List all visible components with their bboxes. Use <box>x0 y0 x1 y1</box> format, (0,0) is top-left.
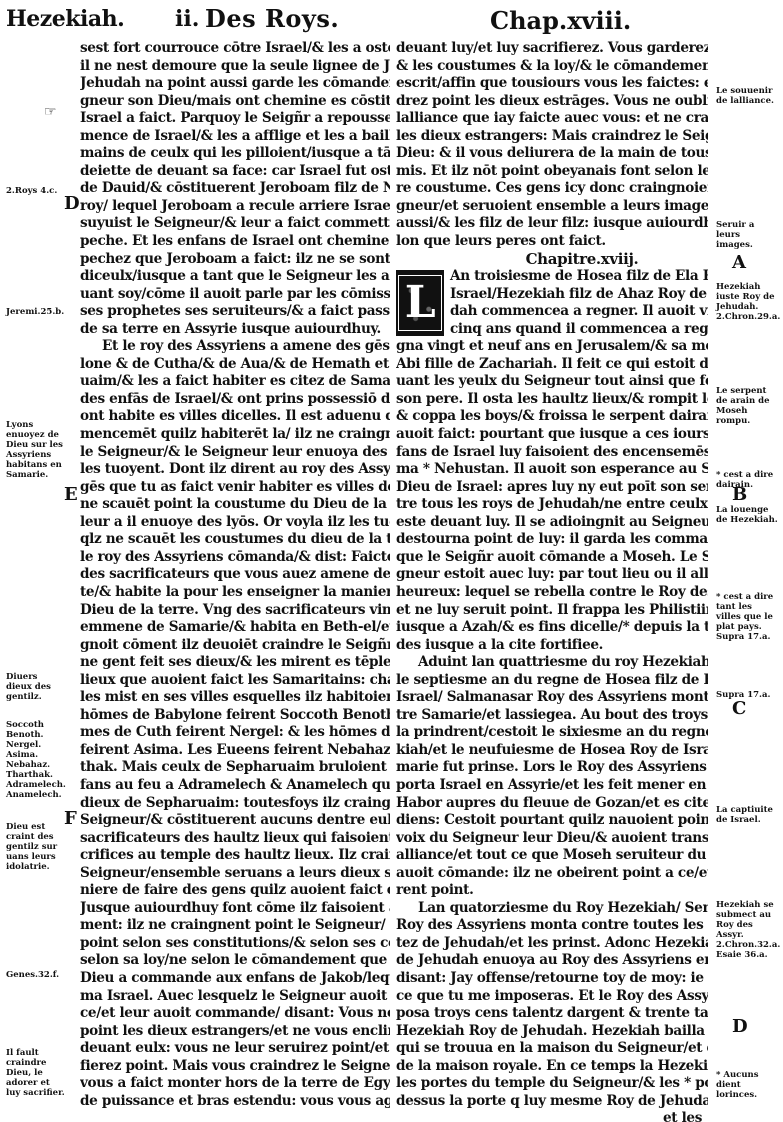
text-line: destourna point de luy: il garda les com… <box>396 531 708 549</box>
text-line: rent point. <box>396 882 708 900</box>
running-head-chapter: Chap.xviii. <box>490 6 631 35</box>
text-line: ma * Nehustan. Il auoit son esperance au… <box>396 461 708 479</box>
text-line: aussi/& les filz de leur filz: iusque au… <box>396 215 708 233</box>
text-line: Seigneur/& cōstituerent aucuns dentre eu… <box>80 812 390 830</box>
margin-note-right: Hezekiah se submect au Roy des Assyr. 2.… <box>716 900 778 960</box>
text-line: le Seigneur/& le Seigneur leur enuoya de… <box>80 444 390 462</box>
margin-note-right: La louenge de Hezekiah. <box>716 505 778 525</box>
text-line: Lan quatorziesme du Roy Hezekiah/ Sennah… <box>396 900 708 918</box>
text-line: mence de Israel/& les a afflige et les a… <box>80 128 390 146</box>
text-line: son pere. Il osta les haultz lieux/& rom… <box>396 391 708 409</box>
right-column: deuant luy/et luy sacrifierez. Vous gard… <box>396 40 708 1122</box>
text-line: le septiesme an du regne de Hosea filz d… <box>396 672 708 690</box>
margin-note-right: Supra 17.a. <box>716 690 778 700</box>
text-line: des sacrificateurs que vous auez amene d… <box>80 566 390 584</box>
section-marker-letter: D <box>732 1016 748 1037</box>
text-line: dieux de Sepharuaim: toutesfoys ilz crai… <box>80 795 390 813</box>
text-line: tez de Jehudah/et les prinst. Adonc Heze… <box>396 935 708 953</box>
text-line: diceulx/iusque a tant que le Seigneur le… <box>80 268 390 286</box>
text-line: ce que tu me imposeras. Et le Roy des As… <box>396 988 708 1006</box>
text-line: deiette de deuant sa face: car Israel fu… <box>80 163 390 181</box>
text-line: disant: Jay offense/retourne toy de moy:… <box>396 970 708 988</box>
text-line: et ne luy seruit point. Il frappa les Ph… <box>396 602 708 620</box>
text-line: roy/ lequel Jeroboam a recule arriere Is… <box>80 198 390 216</box>
margin-note-left: Lyons enuoyez de Dieu sur les Assyriens … <box>6 420 66 480</box>
margin-note-left: Jeremi.25.b. <box>6 307 66 317</box>
margin-note-right: * Aucuns dient lorinces. <box>716 1070 778 1100</box>
chapter-heading: Chapitre.xviij. <box>396 251 708 269</box>
left-column: sest fort courrouce cōtre Israel/& les a… <box>80 40 390 1110</box>
text-line: voix du Seigneur leur Dieu/& auoient tra… <box>396 830 708 848</box>
text-line: tre tous les roys de Jehudah/ne entre ce… <box>396 496 708 514</box>
text-line: mencemēt quilz habiterēt la/ ilz ne crai… <box>80 426 390 444</box>
text-line: re coustume. Ces gens icy donc craingnoi… <box>396 180 708 198</box>
text-line: Habor aupres du fleuue de Gozan/et es ci… <box>396 795 708 813</box>
text-line: uant les yeulx du Seigneur tout ainsi qu… <box>396 373 708 391</box>
text-line: gna vingt et neuf ans en Jerusalem/& sa … <box>396 338 708 356</box>
text-line: lieux que auoient faict les Samaritains:… <box>80 672 390 690</box>
section-marker-letter: C <box>732 698 746 719</box>
text-line: Abi fille de Zachariah. Il feit ce qui e… <box>396 356 708 374</box>
text-line: le roy des Assyriens cōmanda/& dist: Fai… <box>80 549 390 567</box>
text-line: les dieux estrangers: Mais craindrez le … <box>396 128 708 146</box>
text-line: ont habite es villes dicelles. Il est ad… <box>80 408 390 426</box>
text-line: les tuoyent. Dont ilz dirent au roy des … <box>80 461 390 479</box>
text-line: ne scauēt point la coustume du Dieu de l… <box>80 496 390 514</box>
text-line: qui se trouua en la maison du Seigneur/e… <box>396 1040 708 1058</box>
text-line: selon sa loy/ne selon le cōmandement que… <box>80 952 390 970</box>
text-line: feirent Asima. Les Eueens feirent Nebaha… <box>80 742 390 760</box>
text-line: suyuist le Seigneur/& leur a faict comme… <box>80 215 390 233</box>
text-line: Israel a faict. Parquoy le Seigñr a repo… <box>80 110 390 128</box>
text-line: mis. Et ilz nōt point obeyanais font sel… <box>396 163 708 181</box>
text-line: Jusque auiourdhuy font cōme ilz faisoien… <box>80 900 390 918</box>
text-line: ses prophetes ses seruiteurs/& a faict p… <box>80 303 390 321</box>
text-line: pechez que Jeroboam a faict: ilz ne se s… <box>80 251 390 269</box>
text-line: peche. Et les enfans de Israel ont chemi… <box>80 233 390 251</box>
text-line: de puissance et bras estendu: vous vous … <box>80 1093 390 1111</box>
text-line: point les dieux estrangers/et ne vous en… <box>80 1023 390 1041</box>
text-line: fans de Israel luy faisoient des encense… <box>396 444 708 462</box>
text-line: tre Samarie/et lassiegea. Au bout des tr… <box>396 707 708 725</box>
text-line: escrit/affin que tousiours vous les faic… <box>396 75 708 93</box>
section-marker-letter: F <box>64 808 77 829</box>
text-line: il ne nest demoure que la seule lignee d… <box>80 58 390 76</box>
text-line: gneur estoit auec luy: par tout lieu ou … <box>396 566 708 584</box>
text-line: des enfās de Israel/& ont prins possessi… <box>80 391 390 409</box>
text-line: sest fort courrouce cōtre Israel/& les a… <box>80 40 390 58</box>
text-line: ne gent feit ses dieux/& les mirent es t… <box>80 654 390 672</box>
text-line: Et le roy des Assyriens a amene des gēs … <box>80 338 390 356</box>
drop-cap-block: L An troisiesme de Hosea filz de Ela Roy… <box>396 268 708 338</box>
running-head-left: Hezekiah. <box>6 6 124 32</box>
section-marker-letter: A <box>732 252 746 273</box>
text-line: point selon ses constitutions/& selon se… <box>80 935 390 953</box>
margin-note-left: Il fault craindre Dieu, le adorer et luy… <box>6 1048 66 1098</box>
margin-note-right: La captiuite de Israel. <box>716 805 778 825</box>
text-line: lone & de Cutha/& de Aua/& de Hemath et … <box>80 356 390 374</box>
margin-note-right: Le souuenir de lalliance. <box>716 86 778 106</box>
text-line: drez point les dieux estrāges. Vous ne o… <box>396 93 708 111</box>
text-line: ma Israel. Auec lesquelz le Seigneur auo… <box>80 988 390 1006</box>
drop-cap-ornament: L <box>396 270 444 336</box>
text-line: de la maison royale. En ce temps la Heze… <box>396 1058 708 1076</box>
text-line: deuant eulx: vous ne leur seruirez point… <box>80 1040 390 1058</box>
text-line: Roy des Assyriens monta contre toutes le… <box>396 917 708 935</box>
drop-cap-letter: L <box>398 275 443 331</box>
section-marker-letter: E <box>64 484 78 505</box>
text-line: les mist en ses villes esquelles ilz hab… <box>80 689 390 707</box>
text-line: uant soy/cōme il auoit parle par les cōm… <box>80 286 390 304</box>
text-line: les portes du temple du Seigneur/& les *… <box>396 1075 708 1093</box>
text-line: este deuant luy. Il se adioingnit au Sei… <box>396 514 708 532</box>
text-line: & les coustumes & la loy/& le cōmandemen… <box>396 58 708 76</box>
text-line: de Jehudah enuoya au Roy des Assyriens e… <box>396 952 708 970</box>
text-line: iusque a Azah/& es fins dicelle/* depuis… <box>396 619 708 637</box>
margin-note-right: * cest a dire tant les villes que le pla… <box>716 592 778 642</box>
text-line: Dieu de Israel: apres luy ny eut poīt so… <box>396 479 708 497</box>
text-line: uaim/& les a faict habiter es citez de S… <box>80 373 390 391</box>
text-line: Aduint lan quattriesme du roy Hezekiah/ … <box>396 654 708 672</box>
text-line: que le Seigñr auoit cōmande a Moseh. Le … <box>396 549 708 567</box>
margin-note-left: Genes.32.f. <box>6 970 66 980</box>
text-line: gneur son Dieu/mais ont chemine es cōsti… <box>80 93 390 111</box>
text-line: Dieu: & il vous deliurera de la main de … <box>396 145 708 163</box>
text-line: Dieu de la terre. Vng des sacrificateurs… <box>80 602 390 620</box>
text-line: kiah/et le neufuiesme de Hosea Roy de Is… <box>396 742 708 760</box>
text-line: vous a faict monter hors de la terre de … <box>80 1075 390 1093</box>
running-head: Hezekiah. ii. Des Roys. Chap.xviii. <box>0 4 783 44</box>
margin-note-right: Le serpent de arain de Moseh rompu. <box>716 386 778 426</box>
text-line: fans au feu a Adramelech & Anamelech qui… <box>80 777 390 795</box>
text-line: posa troys cens talentz dargent & trente… <box>396 1005 708 1023</box>
margin-note-left: Diuers dieux des gentilz. <box>6 672 66 702</box>
text-line: porta Israel en Assyrie/et les feit mene… <box>396 777 708 795</box>
text-line: dessus la porte q luy mesme Roy de Jehud… <box>396 1093 708 1111</box>
margin-note-left: Dieu est craint des gentilz sur uans leu… <box>6 822 66 872</box>
text-line: leur a il enuoye des lyōs. Or voyla ilz … <box>80 514 390 532</box>
text-line: de Dauid/& cōstituerent Jeroboam filz de… <box>80 180 390 198</box>
running-head-book-number: ii. <box>175 6 199 32</box>
text-line: Israel/ Salmanasar Roy des Assyriens mon… <box>396 689 708 707</box>
text-line: gnoit cōment ilz deuoiēt craindre le Sei… <box>80 637 390 655</box>
text-line: alliance/et tout ce que Moseh seruiteur … <box>396 847 708 865</box>
text-line: mains de ceulx qui les pilloient/iusque … <box>80 145 390 163</box>
catchword: et les <box>396 1110 708 1122</box>
text-line: te/& habite la pour les enseigner la man… <box>80 584 390 602</box>
text-line: auoit faict: pourtant que iusque a ces i… <box>396 426 708 444</box>
text-line: de sa terre en Assyrie iusque auiourdhuy… <box>80 321 390 339</box>
text-line: sacrificateurs des haultz lieux qui fais… <box>80 830 390 848</box>
margin-note-right: Seruir a leurs images. <box>716 220 778 250</box>
margin-note-left: Soccoth Benoth. Nergel. Asima. Nebahaz. … <box>6 720 66 800</box>
text-line: mes de Cuth feirent Nergel: & les hōmes … <box>80 724 390 742</box>
text-line: Seigneur/ensemble seruans a leurs dieux … <box>80 865 390 883</box>
text-line: des iusque a la cite fortifiee. <box>396 637 708 655</box>
text-line: niere de faire des gens quilz auoient fa… <box>80 882 390 900</box>
text-line: gneur/et seruoient ensemble a leurs imag… <box>396 198 708 216</box>
text-line: emmene de Samarie/& habita en Beth-el/et… <box>80 619 390 637</box>
section-marker-letter: B <box>732 484 747 505</box>
text-line: heureux: lequel se rebella contre le Roy… <box>396 584 708 602</box>
section-marker-letter: D <box>64 193 80 214</box>
text-line: ment: ilz ne craingnent point le Seigneu… <box>80 917 390 935</box>
text-line: gēs que tu as faict venir habiter es vil… <box>80 479 390 497</box>
text-line: marie fut prinse. Lors le Roy des Assyri… <box>396 759 708 777</box>
text-line: la prindrent/cestoit le sixiesme an du r… <box>396 724 708 742</box>
text-line: lon que leurs peres ont faict. <box>396 233 708 251</box>
text-line: qlz ne scauēt les coustumes du dieu de l… <box>80 531 390 549</box>
text-line: auoit cōmande: ilz ne obeirent point a c… <box>396 865 708 883</box>
margin-note-right: Hezekiah iuste Roy de Jehudah. 2.Chron.2… <box>716 282 778 322</box>
text-line: deuant luy/et luy sacrifierez. Vous gard… <box>396 40 708 58</box>
text-line: & coppa les boys/& froissa le serpent da… <box>396 408 708 426</box>
text-line: Dieu a commande aux enfans de Jakob/lequ… <box>80 970 390 988</box>
text-line: ce/et leur auoit commande/ disant: Vous … <box>80 1005 390 1023</box>
text-line: diens: Cestoit pourtant quilz nauoient p… <box>396 812 708 830</box>
text-line: fierez point. Mais vous craindrez le Sei… <box>80 1058 390 1076</box>
running-head-book-title: Des Roys. <box>205 4 339 33</box>
text-line: crifices au temple des haultz lieux. Ilz… <box>80 847 390 865</box>
text-line: thak. Mais ceulx de Sepharuaim bruloient… <box>80 759 390 777</box>
text-line: lalliance que iay faicte auec vous: et n… <box>396 110 708 128</box>
text-line: Hezekiah Roy de Jehudah. Hezekiah bailla… <box>396 1023 708 1041</box>
text-line: hōmes de Babylone feirent Soccoth Benoth… <box>80 707 390 725</box>
margin-note-left: 2.Roys 4.c. <box>6 186 66 196</box>
text-line: Jehudah na point aussi garde les cōmande… <box>80 75 390 93</box>
pointing-hand-icon: ☞ <box>44 104 57 120</box>
